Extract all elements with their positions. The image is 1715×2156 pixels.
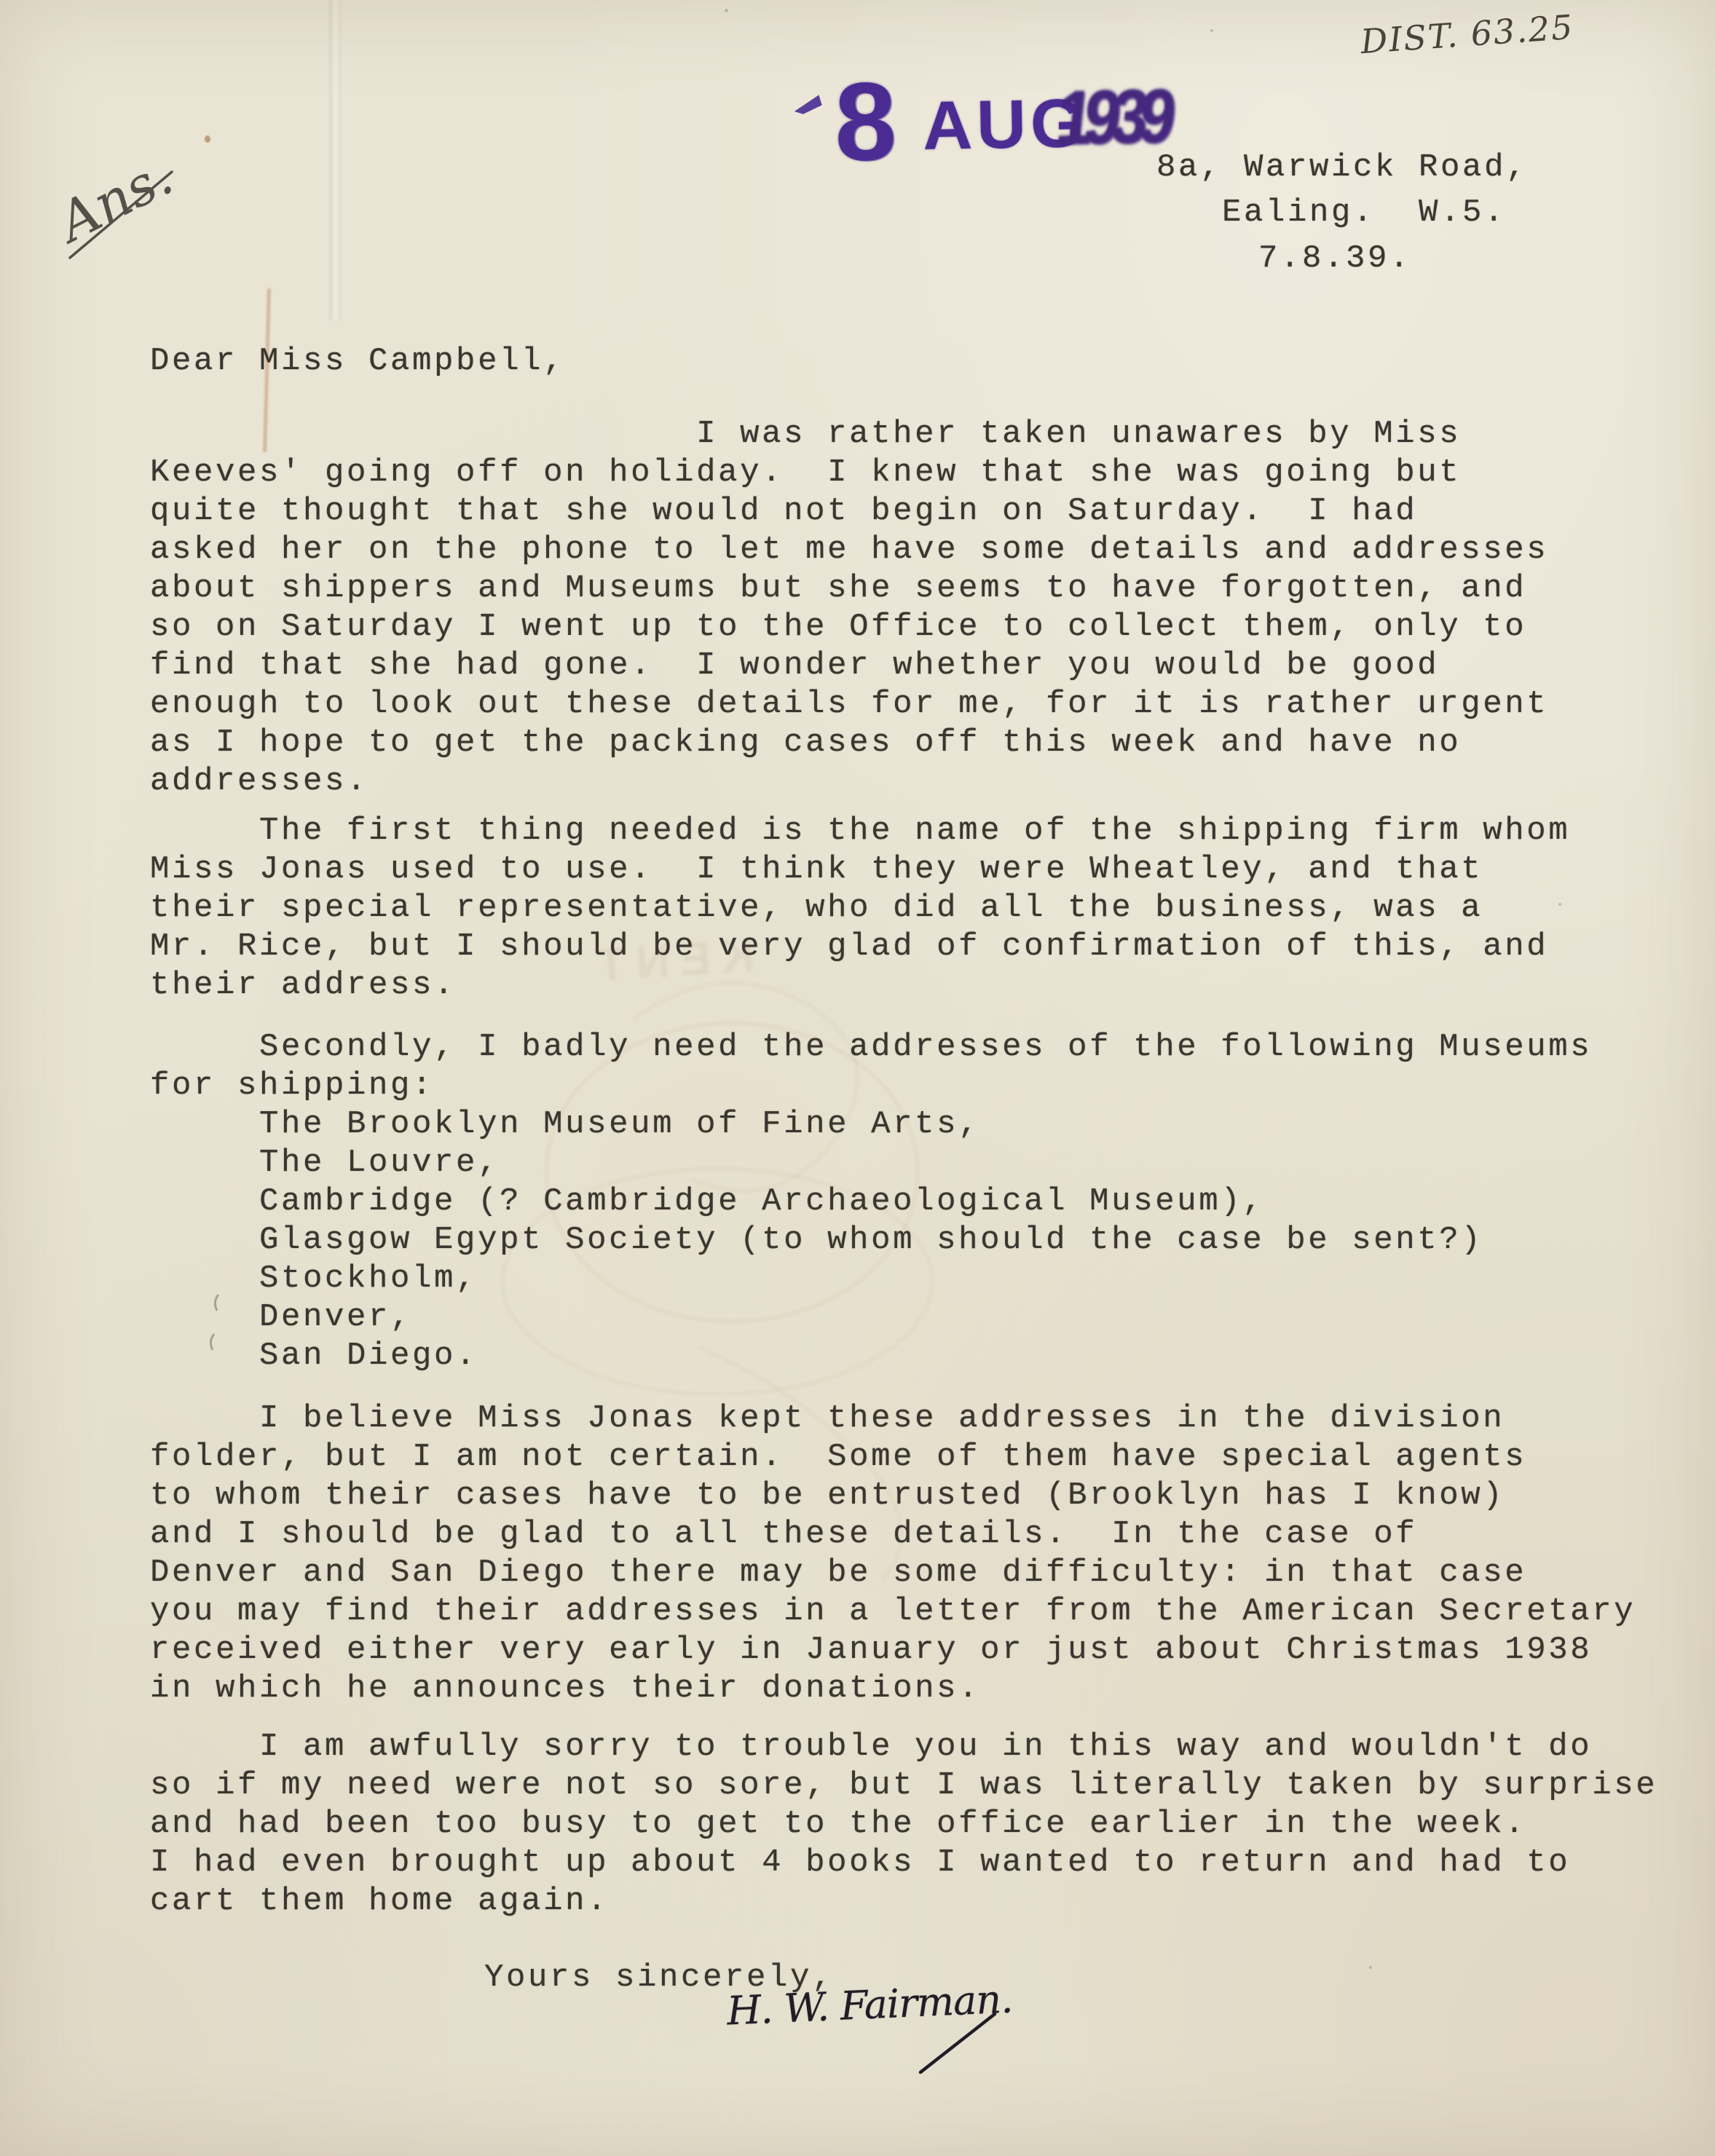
letter-line: I was rather taken unawares by Miss [150,415,1548,454]
letter-line: enough to look out these details for me,… [150,685,1548,724]
letter-line: so if my need were not so sore, but I wa… [150,1766,1657,1805]
letter-line: I believe Miss Jonas kept these addresse… [150,1399,1636,1438]
letter-line: I am awfully sorry to trouble you in thi… [150,1728,1657,1766]
letter-line: to whom their cases have to be entrusted… [150,1477,1636,1515]
letter-line: San Diego. [150,1337,1592,1375]
rust-spot [205,135,210,143]
answered-note: Ans. [44,145,182,258]
letter-line: The first thing needed is the name of th… [150,812,1570,850]
paper-speck [1210,29,1213,32]
letter-line: and I should be glad to all these detail… [150,1515,1636,1554]
stamp-chevron-mark [792,92,827,122]
stamp-day: 8 [834,71,897,173]
salutation: Dear Miss Campbell, [150,343,565,379]
letter-line: Mr. Rice, but I should be very glad of c… [150,928,1570,966]
letter-line: in which he announces their donations. [150,1670,1636,1708]
letter-line: as I hope to get the packing cases off t… [150,724,1548,762]
letter-line: received either very early in January or… [150,1631,1636,1670]
paper-speck [1369,1966,1372,1969]
letter-line: Denver and San Diego there may be some d… [150,1554,1636,1592]
letter-line: for shipping: [150,1067,1592,1105]
letter-date: 7.8.39. [1258,240,1411,278]
letter-line: asked her on the phone to let me have so… [150,531,1548,569]
paper-speck [725,9,728,12]
letter-paragraph: The first thing needed is the name of th… [150,812,1570,1005]
letter-line: their special representative, who did al… [150,889,1570,928]
letter-line: The Brooklyn Museum of Fine Arts, [150,1105,1592,1144]
letter-line: Glasgow Egypt Society (to whom should th… [150,1221,1592,1260]
letter-line: I had even brought up about 4 books I wa… [150,1844,1657,1882]
stamp-year: 1939 [1053,79,1171,157]
archive-reference-note: DIST. 63.25 [1359,7,1574,61]
letter-paragraph: I was rather taken unawares by MissKeeve… [150,415,1548,801]
letter-line: The Louvre, [150,1144,1592,1182]
letter-line: cart them home again. [150,1882,1657,1921]
letter-line: addresses. [150,762,1548,801]
letter-line: you may find their addresses in a letter… [150,1592,1636,1631]
letter-line: find that she had gone. I wonder whether… [150,647,1548,685]
letter-line: folder, but I am not certain. Some of th… [150,1438,1636,1477]
letter-line: quite thought that she would not begin o… [150,492,1548,531]
address-line-2: Ealing. W.5. [1222,194,1506,232]
letter-line: Secondly, I badly need the addresses of … [150,1028,1592,1067]
paper-crease [329,0,341,320]
scanned-letter-page: KENT Ans. DIST. 63.25 8 AUG 1939 8a, War… [0,0,1715,2156]
letter-line: Stockholm, [150,1260,1592,1298]
answered-note-text: Ans. [44,145,182,256]
answered-note-underline [70,172,172,258]
letter-paragraph: Secondly, I badly need the addresses of … [150,1028,1592,1375]
letter-line: and had been too busy to get to the offi… [150,1805,1657,1844]
letter-line: Miss Jonas used to use. I think they wer… [150,850,1570,889]
letter-paragraph: I am awfully sorry to trouble you in thi… [150,1728,1657,1921]
letter-paragraph: I believe Miss Jonas kept these addresse… [150,1399,1636,1708]
address-line-1: 8a, Warwick Road, [1156,149,1528,187]
letter-line: about shippers and Museums but she seems… [150,569,1548,608]
letter-line: Cambridge (? Cambridge Archaeological Mu… [150,1182,1592,1221]
letter-line: their address. [150,966,1570,1005]
letter-line: Keeves' going off on holiday. I knew tha… [150,454,1548,492]
letter-line: Denver, [150,1298,1592,1337]
letter-line: so on Saturday I went up to the Office t… [150,608,1548,647]
